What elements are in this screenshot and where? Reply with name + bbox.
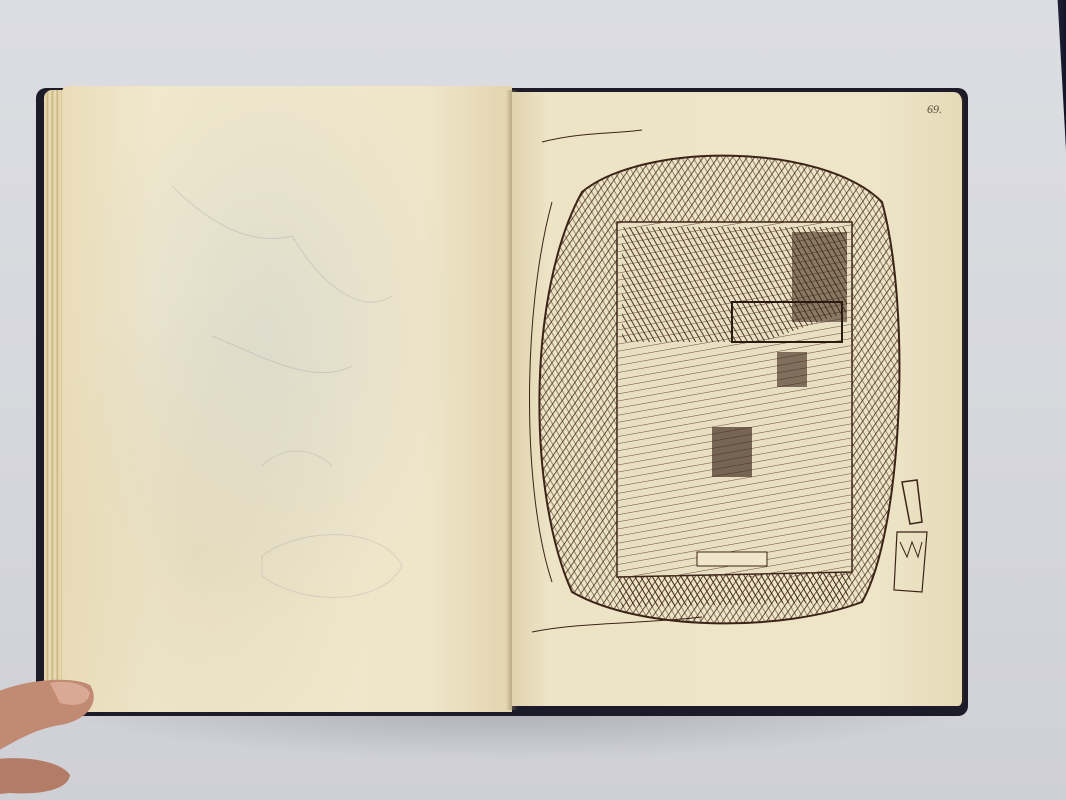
ink-drawing-arch xyxy=(522,112,942,692)
right-page: 69. xyxy=(512,92,964,706)
left-page xyxy=(62,86,512,712)
faint-pencil-sketch xyxy=(62,86,512,712)
hand-holding-book xyxy=(0,675,110,800)
dark-corner-background xyxy=(1052,0,1066,150)
